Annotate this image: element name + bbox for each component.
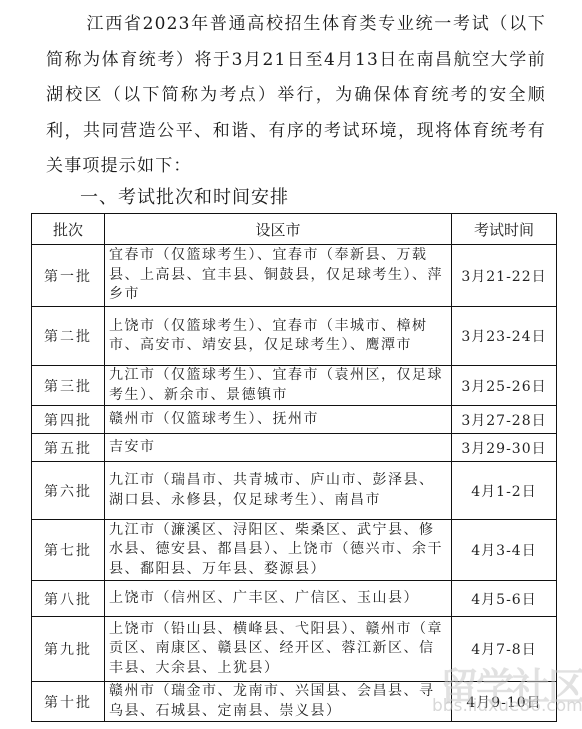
intro-paragraph: 江西省2023年普通高校招生体育类专业统一考试（以下简称为体育统考）将于3月21… [46, 7, 546, 185]
regions-cell: 吉安市 [105, 434, 452, 462]
section-heading: 一、考试批次和时间安排 [80, 183, 289, 209]
table-row: 第九批 上饶市（铅山县、横峰县、弋阳县）、赣州市（章贡区、南康区、赣县区、经开区… [32, 617, 557, 682]
header-regions: 设区市 [105, 214, 452, 245]
table-row: 第三批 九江市（仅篮球考生）、宜春市（袁州区，仅足球考生）、新余市、景德镇市 3… [32, 366, 557, 406]
header-time: 考试时间 [452, 214, 557, 245]
exam-schedule-table: 批次 设区市 考试时间 第一批 宜春市（仅篮球考生）、宜春市（奉新县、万载县、上… [31, 213, 557, 722]
table-header-row: 批次 设区市 考试时间 [32, 214, 557, 245]
batch-cell: 第七批 [32, 520, 105, 581]
time-cell: 4月9-10日 [452, 682, 557, 722]
time-cell: 3月25-26日 [452, 366, 557, 406]
time-cell: 4月1-2日 [452, 462, 557, 520]
time-cell: 3月21-22日 [452, 245, 557, 307]
time-cell: 4月7-8日 [452, 617, 557, 682]
time-cell: 3月27-28日 [452, 406, 557, 434]
regions-cell: 上饶市（铅山县、横峰县、弋阳县）、赣州市（章贡区、南康区、赣县区、经开区、蓉江新… [105, 617, 452, 682]
header-batch: 批次 [32, 214, 105, 245]
batch-cell: 第九批 [32, 617, 105, 682]
table-row: 第六批 九江市（瑞昌市、共青城市、庐山市、彭泽县、湖口县、永修县，仅足球考生）、… [32, 462, 557, 520]
regions-cell: 九江市（仅篮球考生）、宜春市（袁州区，仅足球考生）、新余市、景德镇市 [105, 366, 452, 406]
batch-cell: 第五批 [32, 434, 105, 462]
table-row: 第二批 上饶市（仅篮球考生）、宜春市（丰城市、樟树市、高安市、靖安县，仅足球考生… [32, 307, 557, 366]
table-row: 第七批 九江市（濂溪区、浔阳区、柴桑区、武宁县、修水县、德安县、都昌县）、上饶市… [32, 520, 557, 581]
batch-cell: 第十批 [32, 682, 105, 722]
time-cell: 3月29-30日 [452, 434, 557, 462]
table-row: 第一批 宜春市（仅篮球考生）、宜春市（奉新县、万载县、上高县、宜丰县、铜鼓县，仅… [32, 245, 557, 307]
regions-cell: 九江市（濂溪区、浔阳区、柴桑区、武宁县、修水县、德安县、都昌县）、上饶市（德兴市… [105, 520, 452, 581]
regions-cell: 九江市（瑞昌市、共青城市、庐山市、彭泽县、湖口县、永修县，仅足球考生）、南昌市 [105, 462, 452, 520]
table-row: 第十批 赣州市（瑞金市、龙南市、兴国县、会昌县、寻乌县、石城县、定南县、崇义县）… [32, 682, 557, 722]
regions-cell: 宜春市（仅篮球考生）、宜春市（奉新县、万载县、上高县、宜丰县、铜鼓县，仅足球考生… [105, 245, 452, 307]
table-row: 第八批 上饶市（信州区、广丰区、广信区、玉山县） 4月5-6日 [32, 581, 557, 617]
time-cell: 4月5-6日 [452, 581, 557, 617]
batch-cell: 第三批 [32, 366, 105, 406]
batch-cell: 第八批 [32, 581, 105, 617]
batch-cell: 第二批 [32, 307, 105, 366]
intro-text: 江西省2023年普通高校招生体育类专业统一考试（以下简称为体育统考）将于3月21… [46, 14, 546, 176]
table-row: 第五批 吉安市 3月29-30日 [32, 434, 557, 462]
regions-cell: 上饶市（仅篮球考生）、宜春市（丰城市、樟树市、高安市、靖安县，仅足球考生）、鹰潭… [105, 307, 452, 366]
time-cell: 3月23-24日 [452, 307, 557, 366]
batch-cell: 第四批 [32, 406, 105, 434]
batch-cell: 第六批 [32, 462, 105, 520]
regions-cell: 赣州市（仅篮球考生）、抚州市 [105, 406, 452, 434]
batch-cell: 第一批 [32, 245, 105, 307]
regions-cell: 上饶市（信州区、广丰区、广信区、玉山县） [105, 581, 452, 617]
time-cell: 4月3-4日 [452, 520, 557, 581]
table-row: 第四批 赣州市（仅篮球考生）、抚州市 3月27-28日 [32, 406, 557, 434]
regions-cell: 赣州市（瑞金市、龙南市、兴国县、会昌县、寻乌县、石城县、定南县、崇义县） [105, 682, 452, 722]
